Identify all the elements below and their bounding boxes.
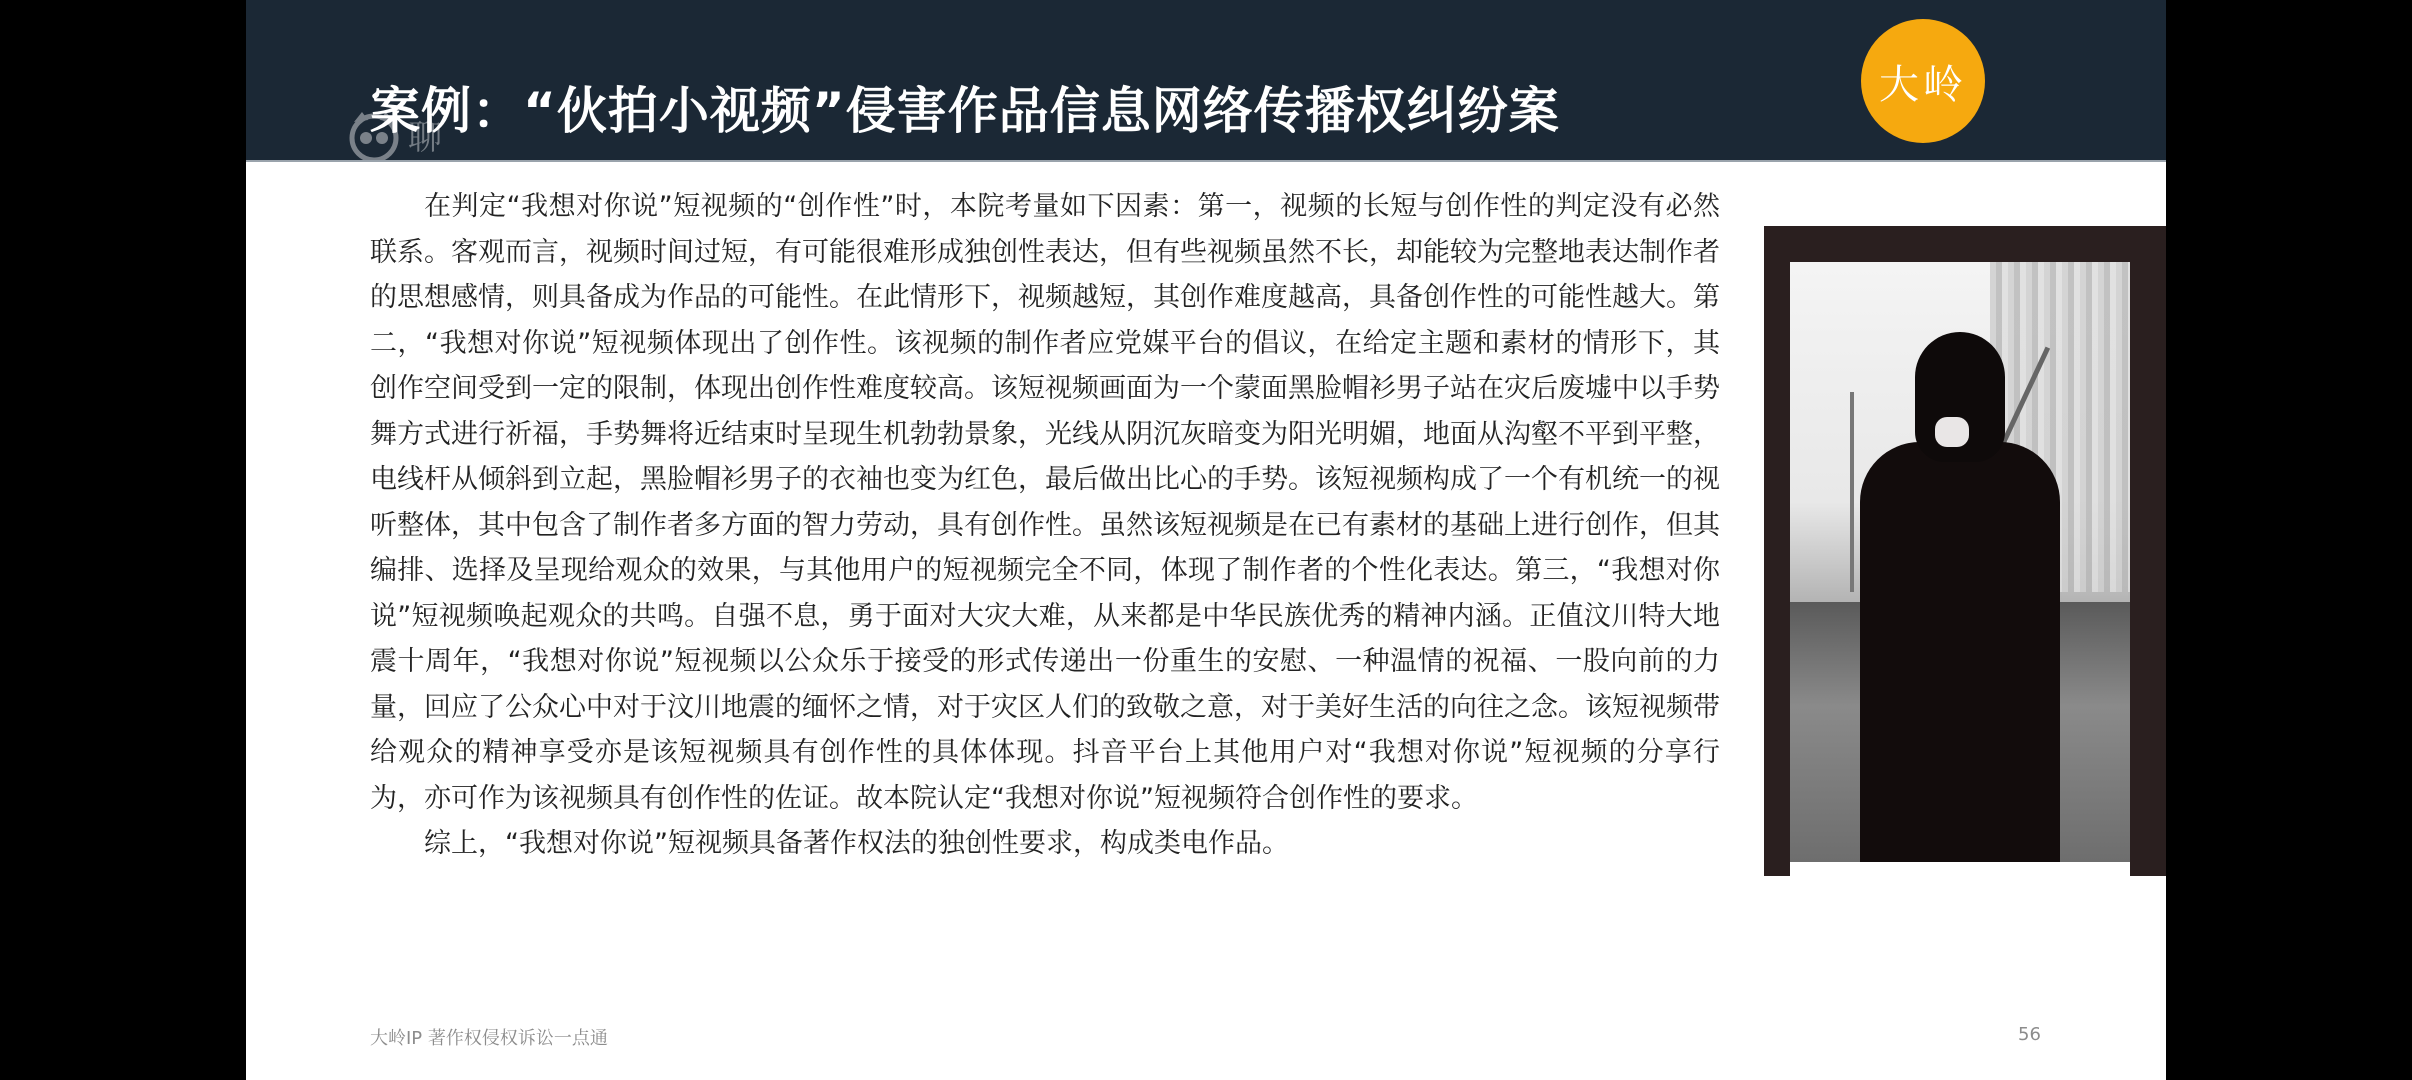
conclusion-paragraph: 综上，“我想对你说”短视频具备著作权法的独创性要求，构成类电作品。 [370, 821, 1720, 867]
slide-footer: 大岭IP 著作权侵权诉讼一点通 [370, 1024, 608, 1050]
hooded-figure-body [1860, 442, 2060, 862]
video-caption-strip [1790, 862, 2130, 876]
video-screenshot-frame [1764, 226, 2166, 876]
slide-body: 在判定“我想对你说”短视频的“创作性”时，本院考量如下因素：第一，视频的长短与创… [370, 184, 1720, 867]
slide-title: 案例：“伙拍小视频”侵害作品信息网络传播权纠纷案 [370, 86, 1560, 136]
hand-gesture-shape [1935, 417, 1969, 447]
presentation-slide: 聊 案例：“伙拍小视频”侵害作品信息网络传播权纠纷案 大岭 在判定“我想对你说”… [246, 0, 2166, 1080]
brand-logo: 大岭 [1861, 19, 1985, 143]
page-number: 56 [2018, 1024, 2041, 1045]
slide-header: 聊 案例：“伙拍小视频”侵害作品信息网络传播权纠纷案 大岭 [246, 0, 2166, 162]
video-screenshot-image [1790, 262, 2130, 862]
body-paragraph: 在判定“我想对你说”短视频的“创作性”时，本院考量如下因素：第一，视频的长短与创… [370, 184, 1720, 821]
utility-pole-shape [1850, 392, 1854, 592]
